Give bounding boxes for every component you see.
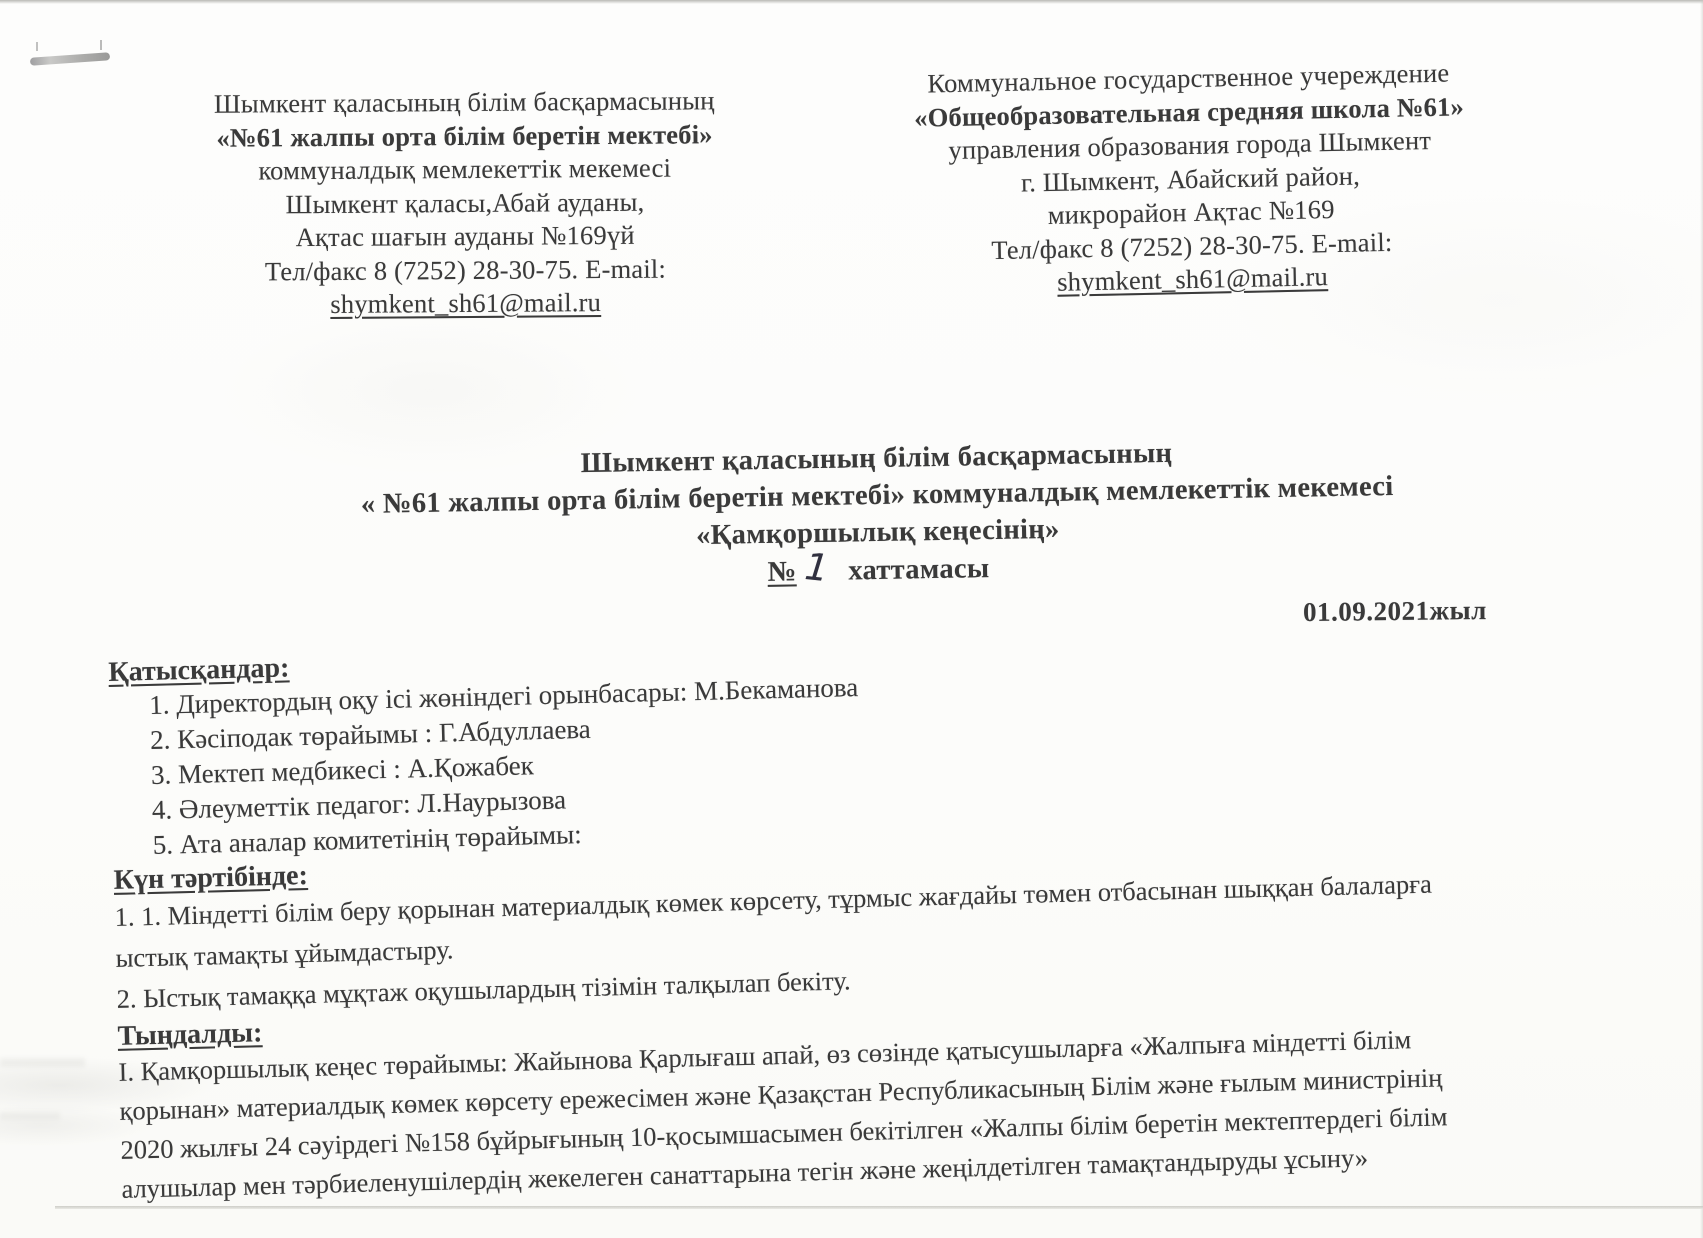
- letterhead-school-name: «№61 жалпы орта білім беретін мектебі»: [149, 117, 779, 155]
- number-sign: №: [767, 556, 796, 588]
- participants-heading: Қатысқандар:: [108, 652, 290, 689]
- letterhead-line: коммуналдық мемлекеттік мекемесі: [150, 151, 780, 189]
- scan-top-edge: [0, 0, 1703, 4]
- pen-mark-icon: [36, 42, 38, 51]
- letterhead-line: Шымкент қаласының білім басқармасының: [149, 84, 779, 122]
- scan-page-edge-line: [55, 1206, 1703, 1209]
- heard-heading: Тыңдалды:: [117, 1017, 263, 1053]
- email-address: shymkent_sh61@mail.ru: [330, 286, 601, 321]
- document-body: Қатысқандар: 1. Директордың оқу ісі жөні…: [108, 617, 1671, 1209]
- pen-mark-icon: [100, 40, 102, 50]
- email-address: shymkent_sh61@mail.ru: [1057, 260, 1328, 299]
- letterhead-russian: Коммунальное государственное учереждение…: [866, 55, 1516, 303]
- protocol-word: хаттамасы: [848, 553, 990, 586]
- handwritten-protocol-number: 1: [803, 552, 830, 584]
- letterhead-kazakh: Шымкент қаласының білім басқармасының «№…: [149, 84, 781, 323]
- scanned-protocol-document: Шымкент қаласының білім басқармасының «№…: [0, 0, 1703, 1238]
- letterhead-line: Ақтас шағын ауданы №169үй: [150, 218, 780, 256]
- staple-icon: [30, 52, 110, 66]
- scan-smudge: [0, 1058, 85, 1067]
- scan-smudge: [0, 1112, 60, 1120]
- letterhead-line: Шымкент қаласы,Абай ауданы,: [150, 184, 780, 222]
- agenda-heading: Күн тәртібінде:: [113, 860, 308, 897]
- document-title: Шымкент қаласының білім басқармасының « …: [49, 426, 1703, 604]
- letterhead-line: Тел/факс 8 (7252) 28-30-75. E-mail:: [150, 251, 780, 289]
